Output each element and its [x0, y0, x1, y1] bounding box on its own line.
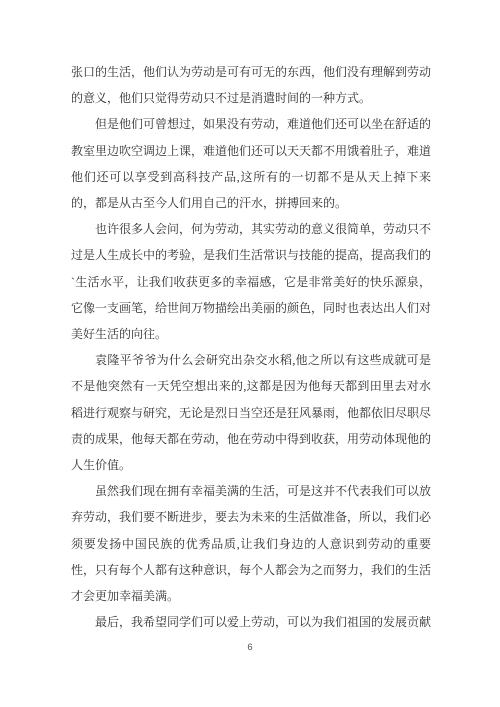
paragraph: 但是他们可曾想过，如果没有劳动，难道他们还可以坐在舒适的教室里边吹空调边上课，难… — [71, 111, 431, 216]
essay-body: 张口的生活，他们认为劳动是可有可无的东西，他们没有理解到劳动的意义，他们只觉得劳… — [71, 59, 431, 635]
page-number: 6 — [0, 642, 500, 653]
paragraph-continuation: 张口的生活，他们认为劳动是可有可无的东西，他们没有理解到劳动的意义，他们只觉得劳… — [71, 59, 431, 111]
paragraph: 最后，我希望同学们可以爱上劳动，可以为我们祖国的发展贡献 — [71, 609, 431, 635]
paragraph: 袁隆平爷爷为什么会研究出杂交水稻,他之所以有这些成就可是不是他突然有一天凭空想出… — [71, 347, 431, 478]
paragraph: 虽然我们现在拥有幸福美满的生活，可是这并不代表我们可以放弃劳动，我们要不断进步，… — [71, 478, 431, 609]
document-page: 张口的生活，他们认为劳动是可有可无的东西，他们没有理解到劳动的意义，他们只觉得劳… — [0, 0, 500, 707]
paragraph: 也许很多人会问，何为劳动，其实劳动的意义很简单，劳动只不过是人生成长中的考验，是… — [71, 216, 431, 347]
